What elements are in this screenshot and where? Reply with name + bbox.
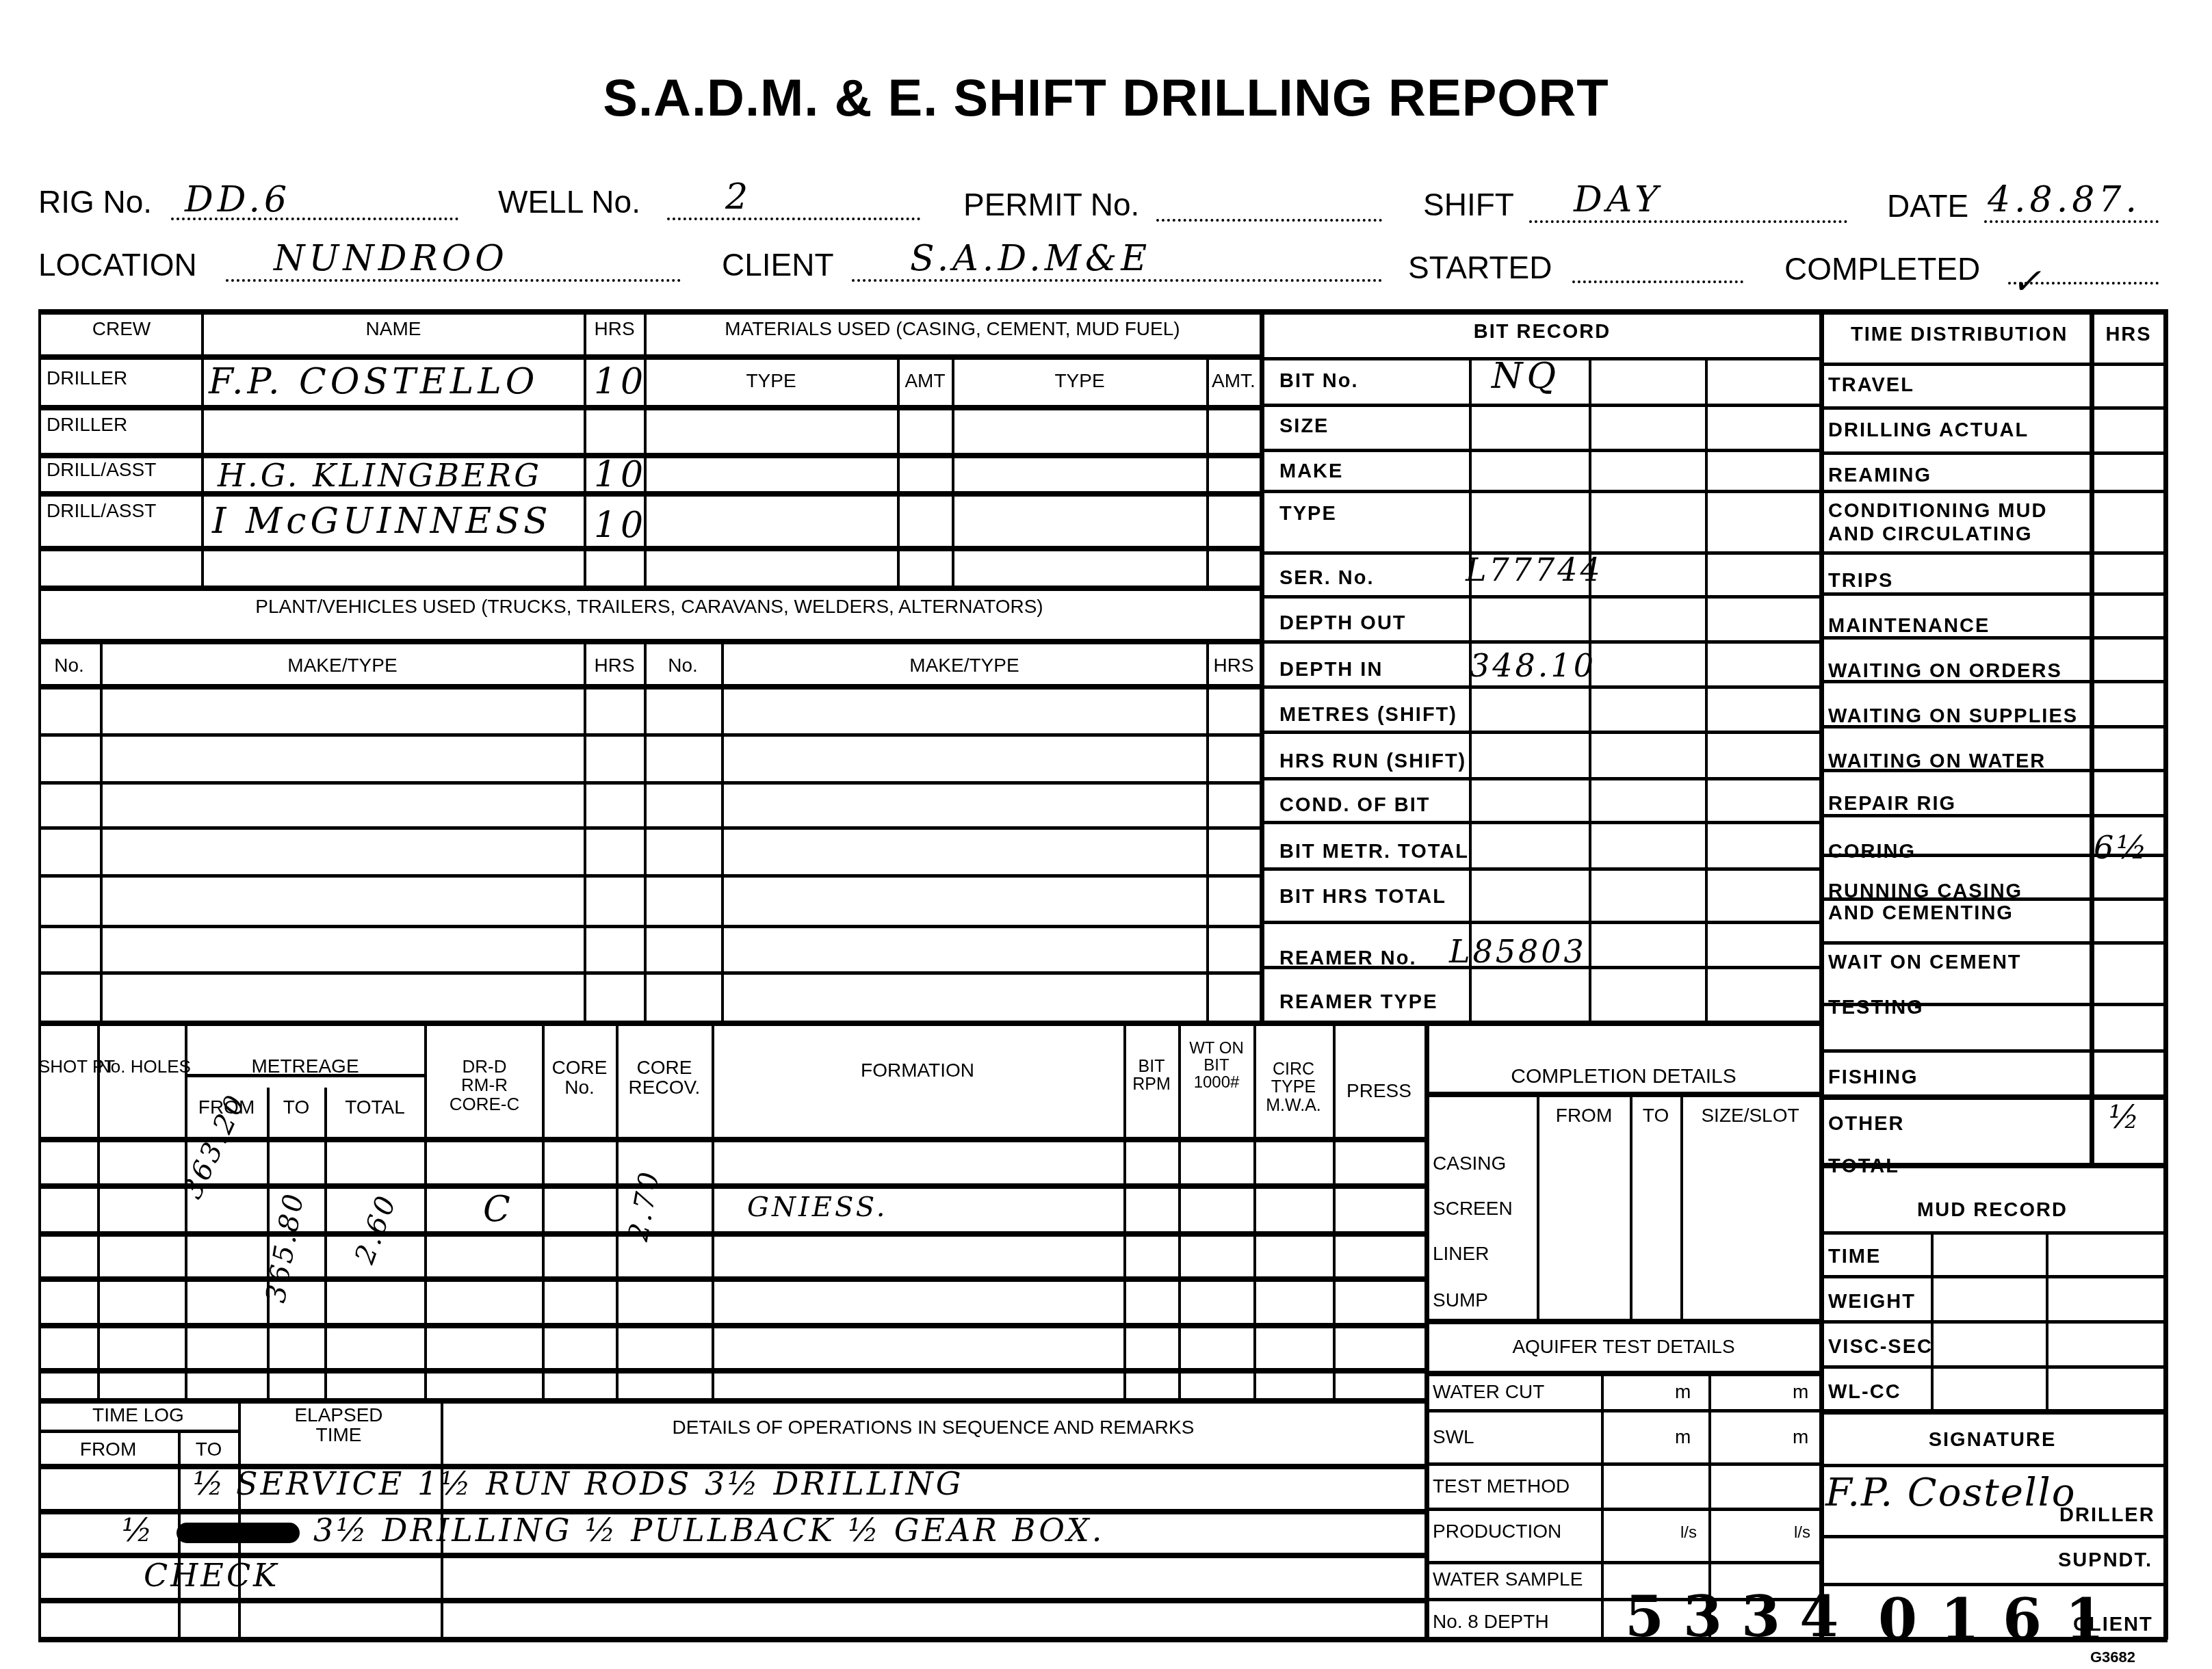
metreage-total-header: TOTAL	[325, 1097, 425, 1117]
well-no-label: WELL No.	[498, 183, 640, 220]
name-header: NAME	[202, 319, 585, 339]
signature-header: SIGNATURE	[1821, 1430, 2163, 1451]
reamer-no-label: REAMER No.	[1279, 948, 1416, 970]
td-total: TOTAL	[1828, 1156, 1899, 1178]
aquifer-water-sample: WATER SAMPLE	[1433, 1569, 1583, 1589]
hrs-run-shift-label: HRS RUN (SHIFT)	[1279, 751, 1466, 773]
bit-record-header: BIT RECORD	[1264, 321, 1820, 343]
unit-m: m	[1793, 1427, 1808, 1447]
time-log-header: TIME LOG	[38, 1405, 238, 1425]
depth-stamp: 5334	[1625, 1584, 1858, 1650]
crew-name-field[interactable]: H.G. KLINGBERG	[218, 457, 542, 494]
completion-screen: SCREEN	[1433, 1198, 1513, 1218]
plant-no-header-2: No.	[645, 655, 721, 675]
depth-in-field[interactable]: 348.10	[1470, 647, 1596, 684]
bit-no-label: BIT No.	[1279, 371, 1359, 393]
mud-wl-cc: WL-CC	[1828, 1382, 1901, 1404]
td-repair-rig: REPAIR RIG	[1828, 793, 1956, 815]
materials-type-header-2: TYPE	[952, 371, 1207, 391]
crew-name-field[interactable]: I McGUINNESS	[212, 501, 552, 542]
core-no-header: CORE No.	[543, 1057, 616, 1098]
metreage-total-field[interactable]: 2.60	[349, 1190, 403, 1267]
press-header: PRESS	[1333, 1081, 1424, 1101]
time-log-from-field[interactable]: ½	[122, 1512, 155, 1549]
completion-from-header: FROM	[1538, 1105, 1630, 1125]
mud-visc-sec: VISC-SEC	[1828, 1337, 1933, 1358]
completed-label: COMPLETED	[1784, 250, 1980, 287]
ser-no-field[interactable]: L77744	[1466, 551, 1603, 588]
core-recov-header: CORE RECOV.	[616, 1057, 712, 1098]
completion-size-header: SIZE/SLOT	[1682, 1105, 1819, 1125]
depth-out-label: DEPTH OUT	[1279, 613, 1407, 635]
ser-no-label: SER. No.	[1279, 568, 1374, 590]
unit-m: m	[1675, 1382, 1691, 1402]
plant-make-header-2: MAKE/TYPE	[722, 655, 1207, 675]
crew-name-field[interactable]: F.P. COSTELLO	[209, 361, 538, 402]
td-trips: TRIPS	[1828, 570, 1893, 592]
metreage-to-header: TO	[268, 1097, 325, 1117]
aquifer-no8-depth: No. 8 DEPTH	[1433, 1612, 1549, 1631]
bit-metr-total-label: BIT METR. TOTAL	[1279, 841, 1469, 863]
materials-type-header-1: TYPE	[645, 371, 898, 391]
unit-m: m	[1793, 1382, 1808, 1402]
td-drilling-actual: DRILLING ACTUAL	[1828, 420, 2029, 442]
shift-field[interactable]: DAY	[1574, 179, 1662, 220]
depth-in-label: DEPTH IN	[1279, 659, 1383, 681]
time-log-to-header: TO	[179, 1439, 238, 1459]
reamer-no-field[interactable]: L85803	[1449, 933, 1587, 970]
aquifer-test-method: TEST METHOD	[1433, 1476, 1570, 1496]
formation-header: FORMATION	[712, 1060, 1123, 1080]
table-top-border	[38, 309, 2168, 315]
operations-text-field[interactable]: CHECK	[144, 1557, 279, 1594]
client-label: CLIENT	[722, 246, 834, 283]
aquifer-swl: SWL	[1433, 1427, 1474, 1447]
client-field[interactable]: S.A.D.M&E	[910, 238, 1151, 279]
td-coring: CORING	[1828, 841, 1916, 863]
table-right-border	[2163, 309, 2168, 1640]
mud-time: TIME	[1828, 1246, 1881, 1268]
shot-pt-header: SHOT PT	[38, 1057, 97, 1076]
no-holes-header: No. HOLES	[98, 1057, 185, 1076]
td-maintenance: MAINTENANCE	[1828, 616, 1990, 638]
td-testing: TESTING	[1828, 997, 1924, 1019]
time-distribution-header: TIME DISTRIBUTION	[1851, 324, 2068, 346]
drd-header: DR-D RM-R CORE-C	[443, 1057, 525, 1114]
materials-header: MATERIALS USED (CASING, CEMENT, MUD FUEL…	[645, 319, 1260, 339]
completion-details-header: COMPLETION DETAILS	[1427, 1066, 1820, 1088]
completion-to-header: TO	[1631, 1105, 1680, 1125]
metreage-header: METREAGE	[185, 1056, 425, 1076]
date-label: DATE	[1887, 187, 1968, 224]
location-field[interactable]: NUNDROO	[274, 238, 508, 279]
td-other: OTHER	[1828, 1114, 1905, 1135]
plant-header: PLANT/VEHICLES USED (TRUCKS, TRAILERS, C…	[38, 596, 1260, 616]
make-label: MAKE	[1279, 461, 1343, 483]
completion-liner: LINER	[1433, 1244, 1489, 1263]
started-label: STARTED	[1408, 249, 1552, 286]
wt-on-bit-header: WT ON BIT 1000#	[1179, 1040, 1254, 1092]
plant-hrs-header-1: HRS	[584, 655, 645, 675]
scribbled-out-mark	[177, 1523, 300, 1543]
mud-weight: WEIGHT	[1828, 1291, 1916, 1313]
completion-sump: SUMP	[1433, 1290, 1488, 1310]
location-label: LOCATION	[38, 246, 197, 283]
size-label: SIZE	[1279, 416, 1329, 438]
bit-rpm-header: BIT RPM	[1124, 1057, 1179, 1094]
type-label: TYPE	[1279, 503, 1337, 525]
td-and-cementing: AND CEMENTING	[1828, 903, 2014, 925]
driller-signature[interactable]: F.P. Costello	[1825, 1471, 2076, 1515]
drd-code-field[interactable]: C	[483, 1189, 515, 1230]
time-distribution-hrs-header: HRS	[2094, 324, 2163, 346]
circ-type-header: CIRC TYPE M.W.A.	[1254, 1060, 1333, 1114]
materials-amt-header-2: AMT.	[1207, 371, 1260, 391]
cond-of-bit-label: COND. OF BIT	[1279, 795, 1431, 817]
formation-field[interactable]: GNIESS.	[747, 1192, 887, 1223]
time-log-from-header: FROM	[38, 1439, 178, 1459]
shift-label: SHIFT	[1423, 186, 1514, 223]
materials-amt-header-1: AMT	[898, 371, 952, 391]
td-conditioning-mud: CONDITIONING MUD	[1828, 501, 2047, 523]
well-no-field[interactable]: 2	[725, 176, 752, 218]
operations-text-field[interactable]: SERVICE 1½ RUN RODS 3½ DRILLING	[236, 1465, 963, 1502]
crew-hrs-field[interactable]: 10	[594, 454, 647, 495]
unit-ls: l/s	[1680, 1524, 1697, 1541]
td-coring-hrs-field[interactable]: 6½	[2094, 829, 2150, 866]
crew-header: CREW	[41, 319, 202, 339]
td-running-casing: RUNNING CASING	[1828, 881, 2022, 903]
td-reaming: REAMING	[1828, 465, 1931, 487]
crew-role: DRILL/ASST	[47, 460, 156, 479]
rig-no-field[interactable]: DD.6	[185, 179, 291, 220]
report-title: S.A.D.M. & E. SHIFT DRILLING REPORT	[0, 68, 2212, 128]
completion-casing: CASING	[1433, 1153, 1506, 1173]
crew-hrs-field[interactable]: 10	[594, 361, 647, 402]
form-code: G3682	[2090, 1648, 2135, 1666]
plant-hrs-header-2: HRS	[1207, 655, 1260, 675]
operations-details-header: DETAILS OF OPERATIONS IN SEQUENCE AND RE…	[442, 1417, 1424, 1437]
supndt-label: SUPNDT.	[2058, 1550, 2152, 1572]
td-wait-on-cement: WAIT ON CEMENT	[1828, 952, 2022, 974]
client-sign-label: CLIENT	[2073, 1614, 2153, 1636]
rig-no-label: RIG No.	[38, 183, 152, 220]
crew-role: DRILLER	[47, 368, 127, 388]
td-other-hrs-field[interactable]: ½	[2109, 1099, 2142, 1135]
aquifer-production: PRODUCTION	[1433, 1521, 1561, 1541]
metres-shift-label: METRES (SHIFT)	[1279, 705, 1457, 726]
crew-hrs-header: HRS	[584, 319, 645, 339]
reamer-type-label: REAMER TYPE	[1279, 992, 1437, 1014]
permit-no-label: PERMIT No.	[963, 186, 1139, 223]
td-waiting-on-supplies: WAITING ON SUPPLIES	[1828, 706, 2078, 728]
unit-ls: l/s	[1794, 1524, 1810, 1541]
elapsed-time-header: ELAPSED TIME	[274, 1405, 404, 1445]
crew-hrs-field[interactable]: 10	[594, 505, 647, 546]
bit-no-field[interactable]: NQ	[1492, 356, 1560, 397]
crew-role: DRILL/ASST	[47, 501, 156, 521]
td-and-circulating: AND CIRCULATING	[1828, 524, 2033, 546]
plant-no-header-1: No.	[38, 655, 100, 675]
bit-hrs-total-label: BIT HRS TOTAL	[1279, 886, 1446, 908]
plant-make-header-1: MAKE/TYPE	[101, 655, 584, 675]
td-fishing: FISHING	[1828, 1067, 1918, 1089]
mud-record-header: MUD RECORD	[1821, 1200, 2163, 1222]
td-travel: TRAVEL	[1828, 375, 1914, 397]
unit-m: m	[1675, 1427, 1691, 1447]
td-waiting-on-water: WAITING ON WATER	[1828, 751, 2046, 773]
td-waiting-on-orders: WAITING ON ORDERS	[1828, 661, 2062, 683]
time-log-to-field[interactable]: ½	[193, 1465, 226, 1502]
aquifer-test-header: AQUIFER TEST DETAILS	[1427, 1337, 1820, 1356]
date-field[interactable]: 4.8.87.	[1988, 179, 2141, 220]
crew-role: DRILLER	[47, 415, 127, 434]
operations-text-field[interactable]: 3½ DRILLING ½ PULLBACK ½ GEAR BOX.	[313, 1512, 1104, 1549]
driller-label: DRILLER	[2059, 1505, 2155, 1527]
aquifer-water-cut: WATER CUT	[1433, 1382, 1544, 1402]
completed-field[interactable]: ✓	[2012, 261, 2046, 302]
